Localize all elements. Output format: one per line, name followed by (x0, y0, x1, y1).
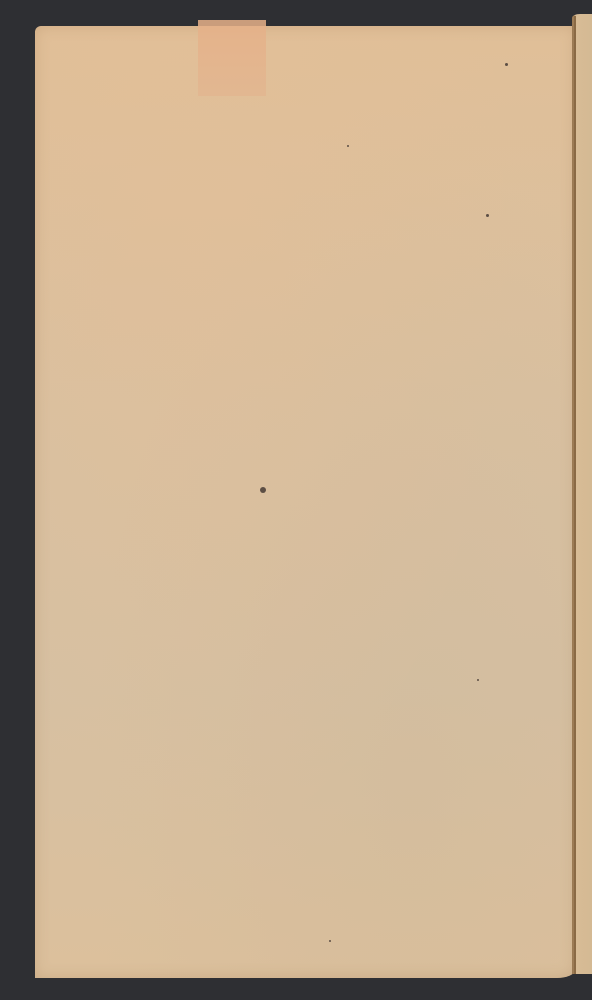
speck-center (260, 487, 266, 493)
blank-book-page (35, 26, 575, 978)
speck-right-lower (477, 679, 479, 681)
scanned-page-view (0, 0, 592, 1000)
speck-top-right (505, 63, 508, 66)
speck-bottom (329, 940, 331, 942)
speck-upper (347, 145, 349, 147)
paper-tab-mark (198, 20, 266, 96)
speck-right (486, 214, 489, 217)
page-fold-line (574, 16, 576, 974)
